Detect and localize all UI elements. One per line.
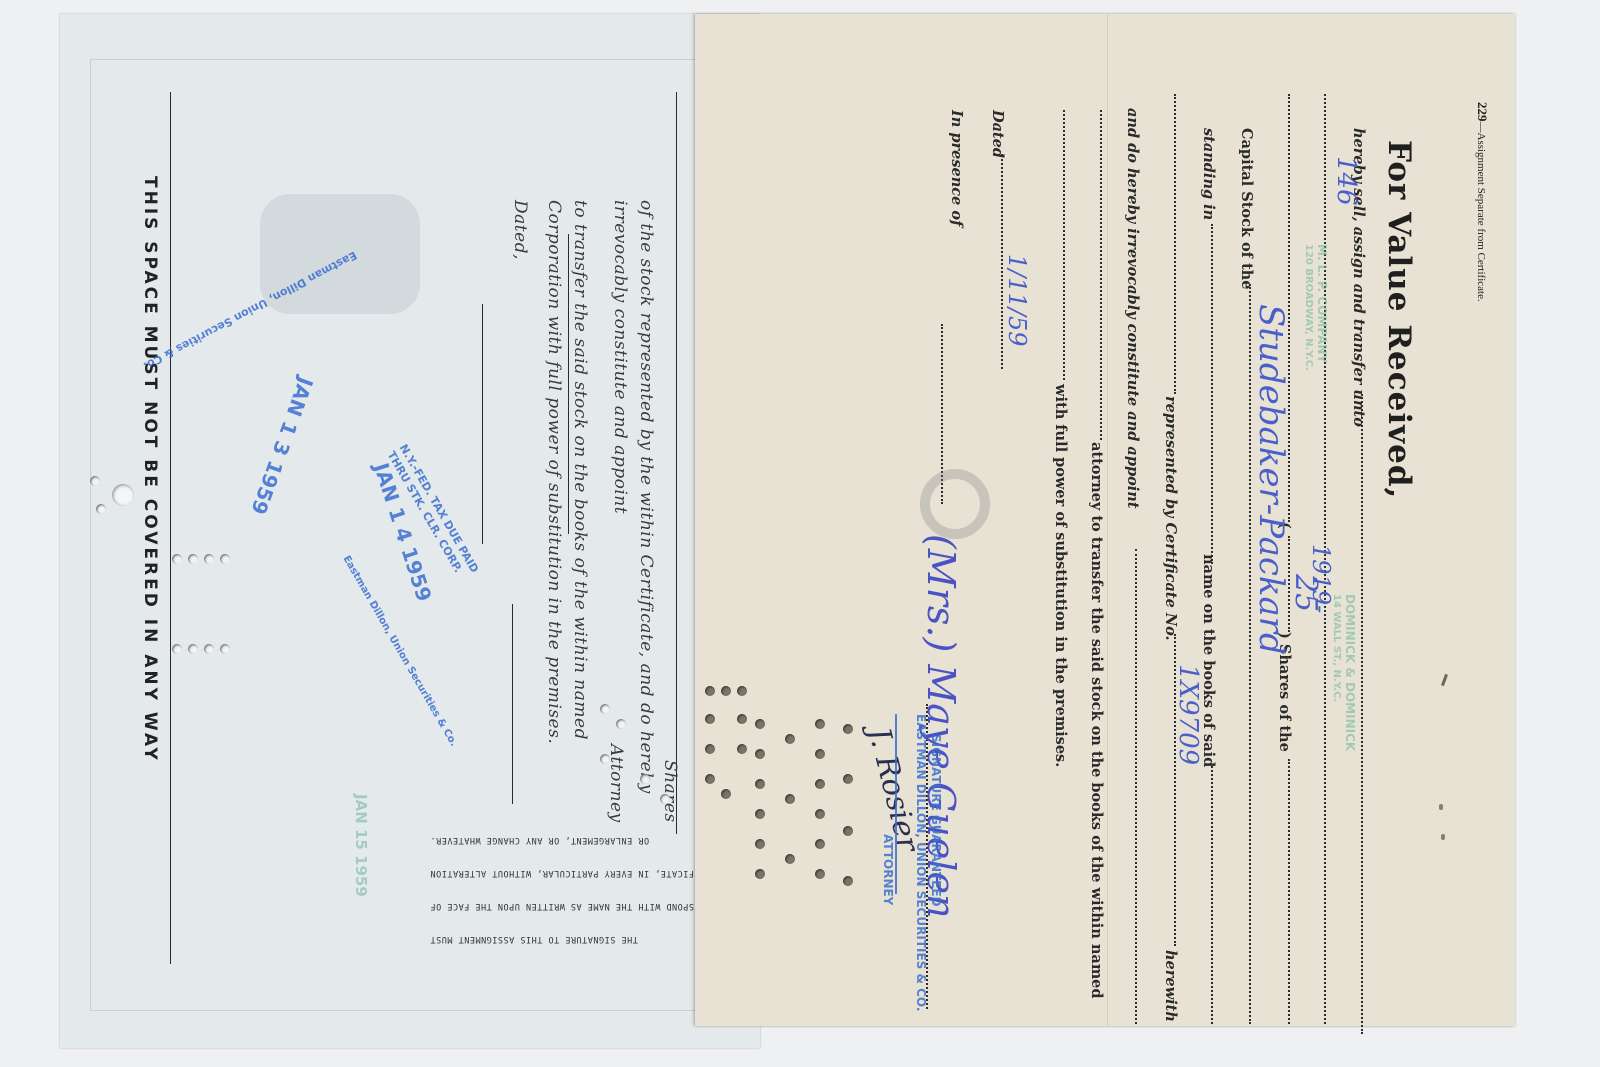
perforation [815, 719, 825, 729]
perforation [815, 869, 825, 879]
script-line-4: Corporation with full power of substitut… [544, 200, 564, 744]
perforation [721, 789, 731, 799]
perforation [815, 809, 825, 819]
handwritten-shares-count: 25 [1288, 574, 1323, 612]
perforation [755, 779, 765, 789]
form-title: For Value Received, [1381, 140, 1417, 499]
blank-appoint[interactable] [1135, 549, 1137, 1024]
perforation [755, 809, 765, 819]
handwritten-company: Studebaker-Packard [1251, 304, 1291, 655]
perforation [815, 749, 825, 759]
perforation [172, 554, 182, 564]
space-warning-text: THIS SPACE MUST NOT BE COVERED IN ANY WA… [140, 176, 160, 763]
blank-represented[interactable] [1174, 94, 1176, 394]
grey-seal [920, 469, 990, 539]
blank-attorney[interactable] [1100, 110, 1102, 440]
perforation [705, 714, 715, 724]
handwritten-certificate-no: 1X9709 [1173, 664, 1203, 765]
label-standing: standing in [1200, 128, 1217, 220]
perforation [815, 839, 825, 849]
perforation [755, 839, 765, 849]
perforation [785, 794, 795, 804]
perforation [600, 754, 610, 764]
perforation [755, 749, 765, 759]
perforation [785, 734, 795, 744]
perforation [755, 869, 765, 879]
signature-guarantee-stamp: SIGNATURE GUARANTEED EASTMAN DILLON, UNI… [880, 714, 943, 1011]
perforation [705, 686, 715, 696]
punch-hole [112, 484, 134, 506]
perforation [172, 644, 182, 654]
script-line-1: of the stock represented by the within C… [636, 200, 656, 794]
stock-certificate-back: THIS SPACE MUST NOT BE COVERED IN ANY WA… [60, 14, 760, 1048]
label-full-power: with full power of substitution in the p… [1052, 384, 1069, 767]
faded-green-stamp: JAN 15 1959 [352, 794, 370, 897]
label-constitute: and do hereby irrevocably constitute and… [1124, 108, 1141, 509]
perforation [721, 686, 731, 696]
label-presence: In presence of [948, 110, 965, 226]
perforation [96, 504, 106, 514]
perforation [204, 644, 214, 654]
form-caption: 229—Assignment Separate from Certificate… [1474, 102, 1490, 302]
perforation [705, 774, 715, 784]
blank-shares-tail[interactable] [1288, 759, 1290, 1024]
perforation [843, 876, 853, 886]
label-attorney: attorney to transfer the said stock on t… [1088, 442, 1105, 999]
perforation [737, 714, 747, 724]
perforation [705, 744, 715, 754]
script-line-3: to transfer the said stock on the books … [570, 200, 590, 740]
handwritten-date: 1/11/59 [1003, 254, 1031, 347]
perforation [843, 724, 853, 734]
perforation [737, 686, 747, 696]
fold-crease [1107, 14, 1108, 1026]
script-dated: Dated, [510, 200, 530, 260]
assignment-form: 229—Assignment Separate from Certificate… [695, 14, 1515, 1026]
staple-mark [1441, 674, 1448, 686]
rule-line [170, 92, 171, 964]
perforation [785, 854, 795, 864]
script-line-2: irrevocably constitute and appoint [610, 200, 630, 514]
perforation [204, 554, 214, 564]
label-capital: Capital Stock of the [1238, 128, 1255, 289]
perforation [843, 826, 853, 836]
label-represented: represented by Certificate No. [1162, 396, 1179, 641]
label-herewith: herewith [1162, 950, 1179, 1022]
perforation [660, 794, 670, 804]
dominick-stamp: DOMINICK & DOMINICK 14 WALL ST., N.Y.C. [1329, 594, 1357, 751]
perforation [616, 719, 626, 729]
rule-line [676, 92, 677, 834]
perforation [188, 644, 198, 654]
blank-assignee[interactable] [1361, 394, 1363, 1034]
perforation [815, 779, 825, 789]
blank-standing-name[interactable] [1211, 224, 1213, 564]
rule-line [482, 304, 483, 544]
perforation [220, 644, 230, 654]
perforation [600, 704, 610, 714]
perforation [220, 554, 230, 564]
handwritten-address-prefix: 146 [1331, 156, 1361, 206]
perforation [755, 719, 765, 729]
label-dated: Dated [989, 110, 1006, 158]
blank-standing-tail[interactable] [1211, 766, 1213, 1024]
perforation [640, 774, 650, 784]
perforation [188, 554, 198, 564]
perforation [737, 744, 747, 754]
blank-attorney-2[interactable] [1063, 110, 1065, 380]
perforation [843, 774, 853, 784]
mlp-stamp: M. L. P. COMPANY 120 BROADWAY, N.Y.C. [1301, 244, 1329, 371]
staple-mark [1441, 834, 1445, 840]
rule-line [568, 234, 569, 534]
staple-mark [1439, 804, 1443, 810]
perforation [90, 476, 100, 486]
rule-line [512, 604, 513, 804]
